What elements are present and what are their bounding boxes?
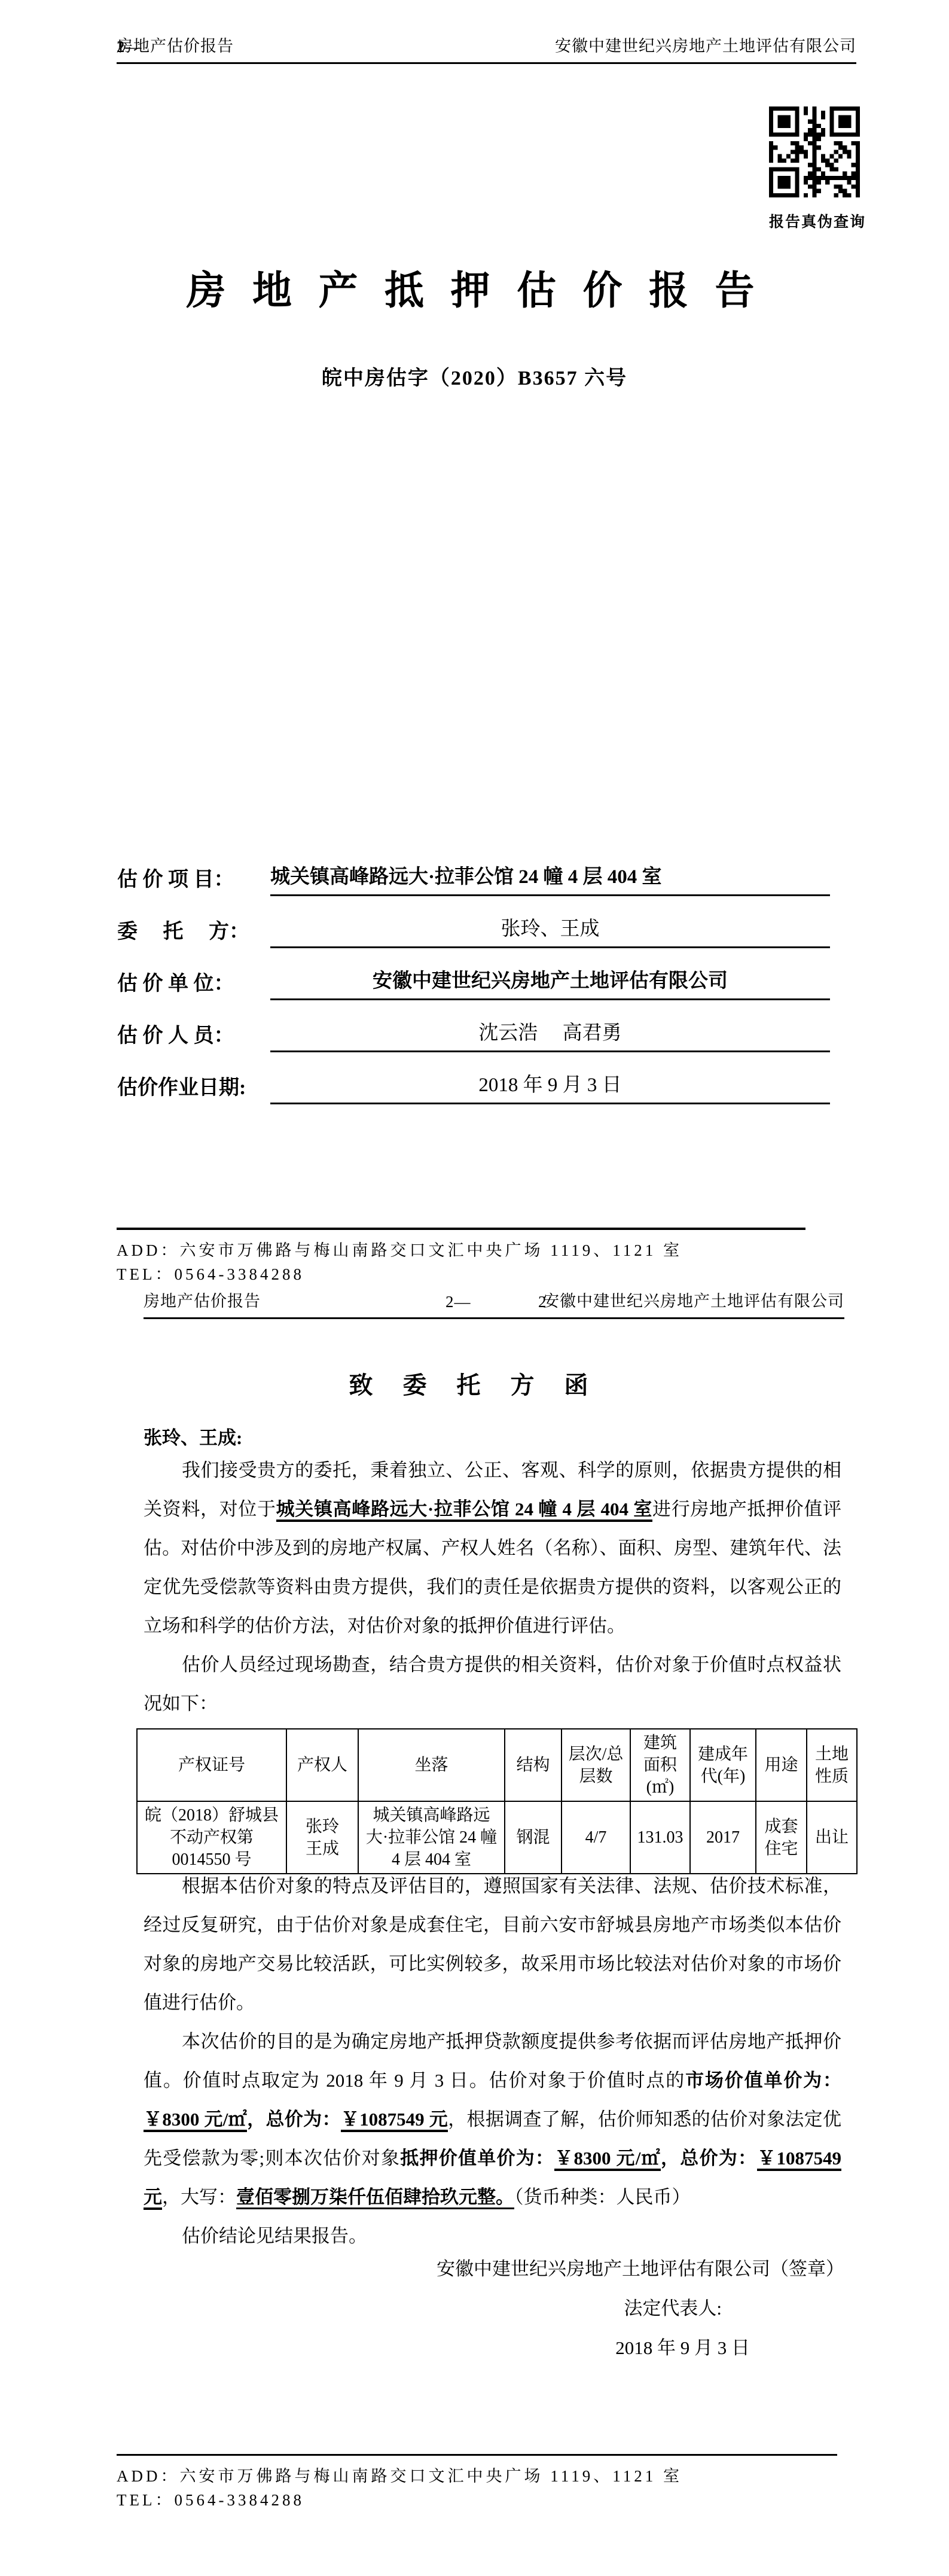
mortgage-total-price-label: ，总价为： — [661, 2148, 757, 2169]
cell-year-built: 2017 — [690, 1801, 756, 1874]
field-client-label: 委 托 方： — [117, 922, 270, 948]
letter-body-upper: 我们接受贵方的委托，秉着独立、公正、客观、科学的原则，依据贵方提供的相关资料，对… — [144, 1451, 841, 1723]
cell-owner: 张玲 王成 — [286, 1801, 358, 1874]
market-total-price: ￥1087549 元 — [341, 2109, 448, 2132]
signature-company: 安徽中建世纪兴房地产土地评估有限公司（签章） — [144, 2249, 844, 2289]
qr-verification-block: 报告真伪查询 — [769, 106, 860, 232]
header-company-name: 安徽中建世纪兴房地产土地评估有限公司 — [555, 33, 856, 56]
para1-property-address: 城关镇高峰路远大·拉菲公馆 24 幢 4 层 404 室 — [276, 1499, 652, 1522]
report-title: 房 地 产 抵 押 估 价 报 告 — [0, 258, 949, 315]
field-agency: 估 价 单 位： 安徽中建世纪兴房地产土地评估有限公司 — [117, 963, 830, 1000]
field-client: 委 托 方： 张玲、王成 — [117, 911, 830, 948]
para4-text: ，大写： — [162, 2187, 236, 2207]
table-header-cell: 建筑 面积 (㎡) — [630, 1729, 690, 1801]
header-company-name: 安徽中建世纪兴房地产土地评估有限公司 — [543, 1288, 844, 1311]
page1-footer: ADD：六安市万佛路与梅山南路交口文汇中央广场 1119、1121 室 TEL：… — [117, 1228, 805, 1286]
property-table: 产权证号 产权人 坐落 结构 层次/总 层数 建筑 面积 (㎡) 建成年 代(年… — [136, 1728, 858, 1874]
header-page-number: 1 — [117, 38, 126, 56]
field-work-date-value: 2018 年 9 月 3 日 — [270, 1076, 830, 1104]
table-header-cell: 产权证号 — [137, 1729, 286, 1801]
cell-land-nature: 出让 — [807, 1801, 857, 1874]
table-header-cell: 用途 — [756, 1729, 807, 1801]
page2-running-header: 房地产估价报告 2— 2 安徽中建世纪兴房地产土地评估有限公司 — [144, 1290, 844, 1319]
cell-area: 131.03 — [630, 1801, 690, 1874]
field-work-date: 估价作业日期: 2018 年 9 月 3 日 — [117, 1067, 830, 1104]
currency-type: （货币种类：人民币） — [514, 2187, 691, 2207]
letter-title: 致 委 托 方 函 — [0, 1366, 949, 1400]
mortgage-unit-price: ￥8300 元/㎡ — [554, 2148, 661, 2171]
cell-usage: 成套 住宅 — [756, 1801, 807, 1874]
signature-legal-rep: 法定代表人: — [144, 2289, 844, 2328]
page2-footer: ADD：六安市万佛路与梅山南路交口文汇中央广场 1119、1121 室 TEL：… — [117, 2454, 837, 2512]
letter-body-lower: 根据本估价对象的特点及评估目的，遵照国家有关法律、法规、估价技术标准，经过反复研… — [144, 1866, 841, 2255]
signature-date: 2018 年 9 月 3 日 — [144, 2328, 844, 2368]
paragraph-2: 估价人员经过现场勘查，结合贵方提供的相关资料，估价对象于价值时点权益状况如下： — [144, 1645, 841, 1723]
field-work-date-label: 估价作业日期: — [117, 1078, 270, 1104]
salutation: 张玲、王成: — [144, 1423, 242, 1450]
header-page-marker: 2— — [445, 1293, 471, 1311]
cover-fields: 估 价 项 目： 城关镇高峰路远大·拉菲公馆 24 幢 4 层 404 室 委 … — [117, 859, 830, 1119]
price-in-words: 壹佰零捌万柒仟伍佰肆拾玖元整。 — [236, 2187, 514, 2209]
paragraph-4: 本次估价的目的是为确定房地产抵押贷款额度提供参考依据而评估房地产抵押价值。价值时… — [144, 2022, 841, 2216]
field-appraisers-value: 沈云浩 高君勇 — [270, 1024, 830, 1052]
cell-structure: 钢混 — [505, 1801, 562, 1874]
field-project-label: 估 价 项 目： — [117, 870, 270, 896]
cell-location: 城关镇高峰路远 大·拉菲公馆 24 幢 4 层 404 室 — [358, 1801, 505, 1874]
market-unit-price-label: 市场价值单价为： — [685, 2070, 841, 2091]
paragraph-3: 根据本估价对象的特点及评估目的，遵照国家有关法律、法规、估价技术标准，经过反复研… — [144, 1866, 841, 2022]
field-client-value: 张玲、王成 — [270, 919, 830, 948]
field-project-value: 城关镇高峰路远大·拉菲公馆 24 幢 4 层 404 室 — [270, 867, 830, 896]
qr-caption: 报告真伪查询 — [769, 210, 860, 232]
field-project: 估 价 项 目： 城关镇高峰路远大·拉菲公馆 24 幢 4 层 404 室 — [117, 859, 830, 896]
header-doc-type: 房地产估价报告 — [144, 1288, 261, 1311]
table-header-cell: 建成年 代(年) — [690, 1729, 756, 1801]
table-header-cell: 结构 — [505, 1729, 562, 1801]
footer-tel: TEL：0564-3384288 — [117, 1262, 805, 1286]
report-document: 房地产估价报告 2— 1 安徽中建世纪兴房地产土地评估有限公司 报告真伪查询 房… — [0, 0, 949, 2576]
total-price-label: ，总价为： — [247, 2109, 341, 2130]
table-header-cell: 土地 性质 — [807, 1729, 857, 1801]
field-appraisers-label: 估 价 人 员： — [117, 1026, 270, 1052]
table-header-cell: 坐落 — [358, 1729, 505, 1801]
page1-running-header: 房地产估价报告 2— 1 安徽中建世纪兴房地产土地评估有限公司 — [117, 35, 856, 64]
footer-tel: TEL：0564-3384288 — [117, 2488, 837, 2512]
field-appraisers: 估 价 人 员： 沈云浩 高君勇 — [117, 1015, 830, 1052]
document-number: 皖中房估字（2020）B3657 六号 — [0, 361, 949, 391]
footer-address: ADD：六安市万佛路与梅山南路交口文汇中央广场 1119、1121 室 — [117, 1238, 805, 1262]
table-header-cell: 层次/总 层数 — [562, 1729, 630, 1801]
field-agency-value: 安徽中建世纪兴房地产土地评估有限公司 — [270, 972, 830, 1000]
table-header-cell: 产权人 — [286, 1729, 358, 1801]
field-agency-label: 估 价 单 位： — [117, 974, 270, 1000]
cell-cert-number: 皖（2018）舒城县 不动产权第 0014550 号 — [137, 1801, 286, 1874]
mortgage-unit-price-label: 抵押价值单价为： — [400, 2148, 554, 2169]
footer-address: ADD：六安市万佛路与梅山南路交口文汇中央广场 1119、1121 室 — [117, 2464, 837, 2488]
table-row: 皖（2018）舒城县 不动产权第 0014550 号 张玲 王成 城关镇高峰路远… — [137, 1801, 857, 1874]
table-header-row: 产权证号 产权人 坐落 结构 层次/总 层数 建筑 面积 (㎡) 建成年 代(年… — [137, 1729, 857, 1801]
paragraph-1: 我们接受贵方的委托，秉着独立、公正、客观、科学的原则，依据贵方提供的相关资料，对… — [144, 1451, 841, 1645]
signature-block: 安徽中建世纪兴房地产土地评估有限公司（签章） 法定代表人: 2018 年 9 月… — [144, 2249, 844, 2368]
market-unit-price: ￥8300 元/㎡ — [144, 2109, 247, 2132]
qr-code — [769, 106, 860, 197]
cell-floor: 4/7 — [562, 1801, 630, 1874]
